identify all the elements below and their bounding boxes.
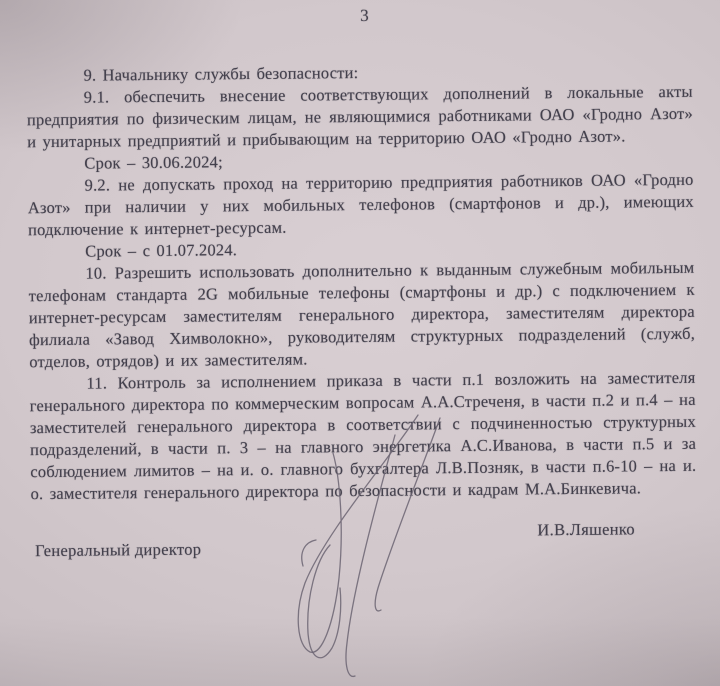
paragraph-11: 11. Контроль за исполнением приказа в ча…	[29, 367, 696, 505]
signature-row: Генеральный директор И.В.Ляшенко	[31, 519, 697, 561]
paragraph-10: 10. Разрешить использовать дополнительно…	[28, 257, 695, 373]
signatory-title: Генеральный директор	[35, 540, 201, 562]
page-number: 3	[26, 3, 692, 29]
paragraph-9-2: 9.2. не допускать проход на территорию п…	[27, 169, 694, 241]
paragraph-9-1: 9.1. обеспечить внесение соответствующих…	[27, 81, 694, 153]
signatory-name: И.В.Ляшенко	[537, 519, 635, 540]
document-content: 3 9. Начальнику службы безопасности: 9.1…	[26, 3, 697, 561]
scanned-order-page: 3 9. Начальнику службы безопасности: 9.1…	[0, 0, 720, 686]
